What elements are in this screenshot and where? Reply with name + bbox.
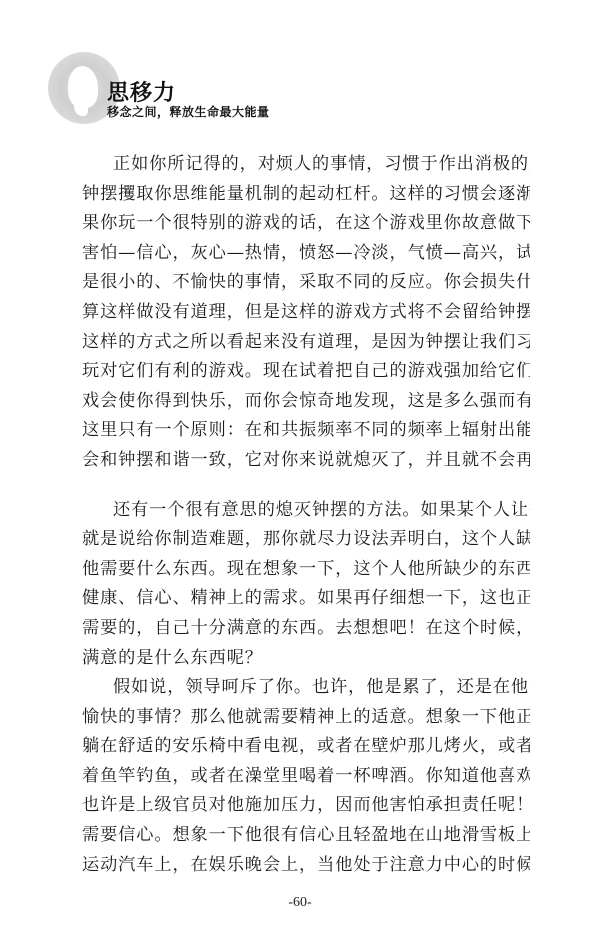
text-line: 运动汽车上，在娱乐晚会上，当他处于注意力中心的时候。或许是 [82,851,530,881]
text-line: 躺在舒适的安乐椅中看电视，或者在壁炉那儿烤火，或者在河边拿 [82,732,530,762]
page-number: -60- [0,895,600,911]
text-line: 算这样做没有道理，但是这样的游戏方式将不会留给钟摆任何机会。 [82,298,530,328]
book-subtitle: 移念之间，释放生命最大能量 [107,103,270,120]
paragraph-2: 还有一个很有意思的熄灭钟摆的方法。如果某个人让你烦恼，也 就是说给你制造难题，那… [82,496,530,674]
book-header: 思移力 移念之间，释放生命最大能量 [48,52,308,132]
text-line: 害怕—信心，灰心—热情，愤怒—冷淡，气愤—高兴，试着对哪怕 [82,239,530,269]
text-line: 会和钟摆和谐一致，它对你来说就熄灭了，并且就不会再打扰你了。 [82,446,530,476]
text-line: 还有一个很有意思的熄灭钟摆的方法。如果某个人让你烦恼，也 [82,496,530,526]
text-line: 愉快的事情？那么他就需要精神上的适意。想象一下他正在休息， [82,703,530,733]
text-line: 需要的，自己十分满意的东西。去想想吧！在这个时候，他实际上 [82,614,530,644]
text-line: 满意的是什么东西呢？ [82,644,530,674]
text-line: 就是说给你制造难题，那你就尽力设法弄明白，这个人缺少些什么， [82,525,530,555]
text-line: 钟摆攫取你思维能量机制的起动杠杆。这样的习惯会逐渐消失，如 [82,180,530,210]
text-line: 假如说，领导呵斥了你。也许，他是累了，还是在他家里有不 [82,673,530,703]
paragraph-gap [82,476,530,496]
text-line: 这样的方式之所以看起来没有道理，是因为钟摆让我们习惯了只是 [82,328,530,358]
text-line: 着鱼竿钓鱼，或者在澡堂里喝着一杯啤酒。你知道他喜欢什么吗？ [82,762,530,792]
text-line: 这里只有一个原则：在和共振频率不同的频率上辐射出能量，你就不 [82,416,530,446]
text-line: 需要信心。想象一下他很有信心且轻盈地在山地滑雪板上滑雪，在 [82,821,530,851]
text-line: 他需要什么东西。现在想象一下，这个人他所缺少的东西，可能是： [82,555,530,585]
paragraph-3: 假如说，领导呵斥了你。也许，他是累了，还是在他家里有不 愉快的事情？那么他就需要… [82,673,530,880]
page-body: 正如你所记得的，对烦人的事情，习惯于作出消极的反应，是 钟摆攫取你思维能量机制的… [82,150,530,880]
text-line: 果你玩一个很特别的游戏的话，在这个游戏里你故意做下面的替换： [82,209,530,239]
paragraph-1: 正如你所记得的，对烦人的事情，习惯于作出消极的反应，是 钟摆攫取你思维能量机制的… [82,150,530,476]
text-line: 也许是上级官员对他施加压力，因而他害怕承担责任呢！那么他就 [82,791,530,821]
text-line: 健康、信心、精神上的需求。如果再仔细想一下，这也正是我们所 [82,584,530,614]
text-line: 正如你所记得的，对烦人的事情，习惯于作出消极的反应，是 [82,150,530,180]
text-line: 玩对它们有利的游戏。现在试着把自己的游戏强加给它们，这个游 [82,357,530,387]
text-line: 戏会使你得到快乐，而你会惊奇地发现，这是多么强而有力的技巧。 [82,387,530,417]
text-line: 是很小的、不愉快的事情，采取不同的反应。你会损失什么呢？就 [82,268,530,298]
